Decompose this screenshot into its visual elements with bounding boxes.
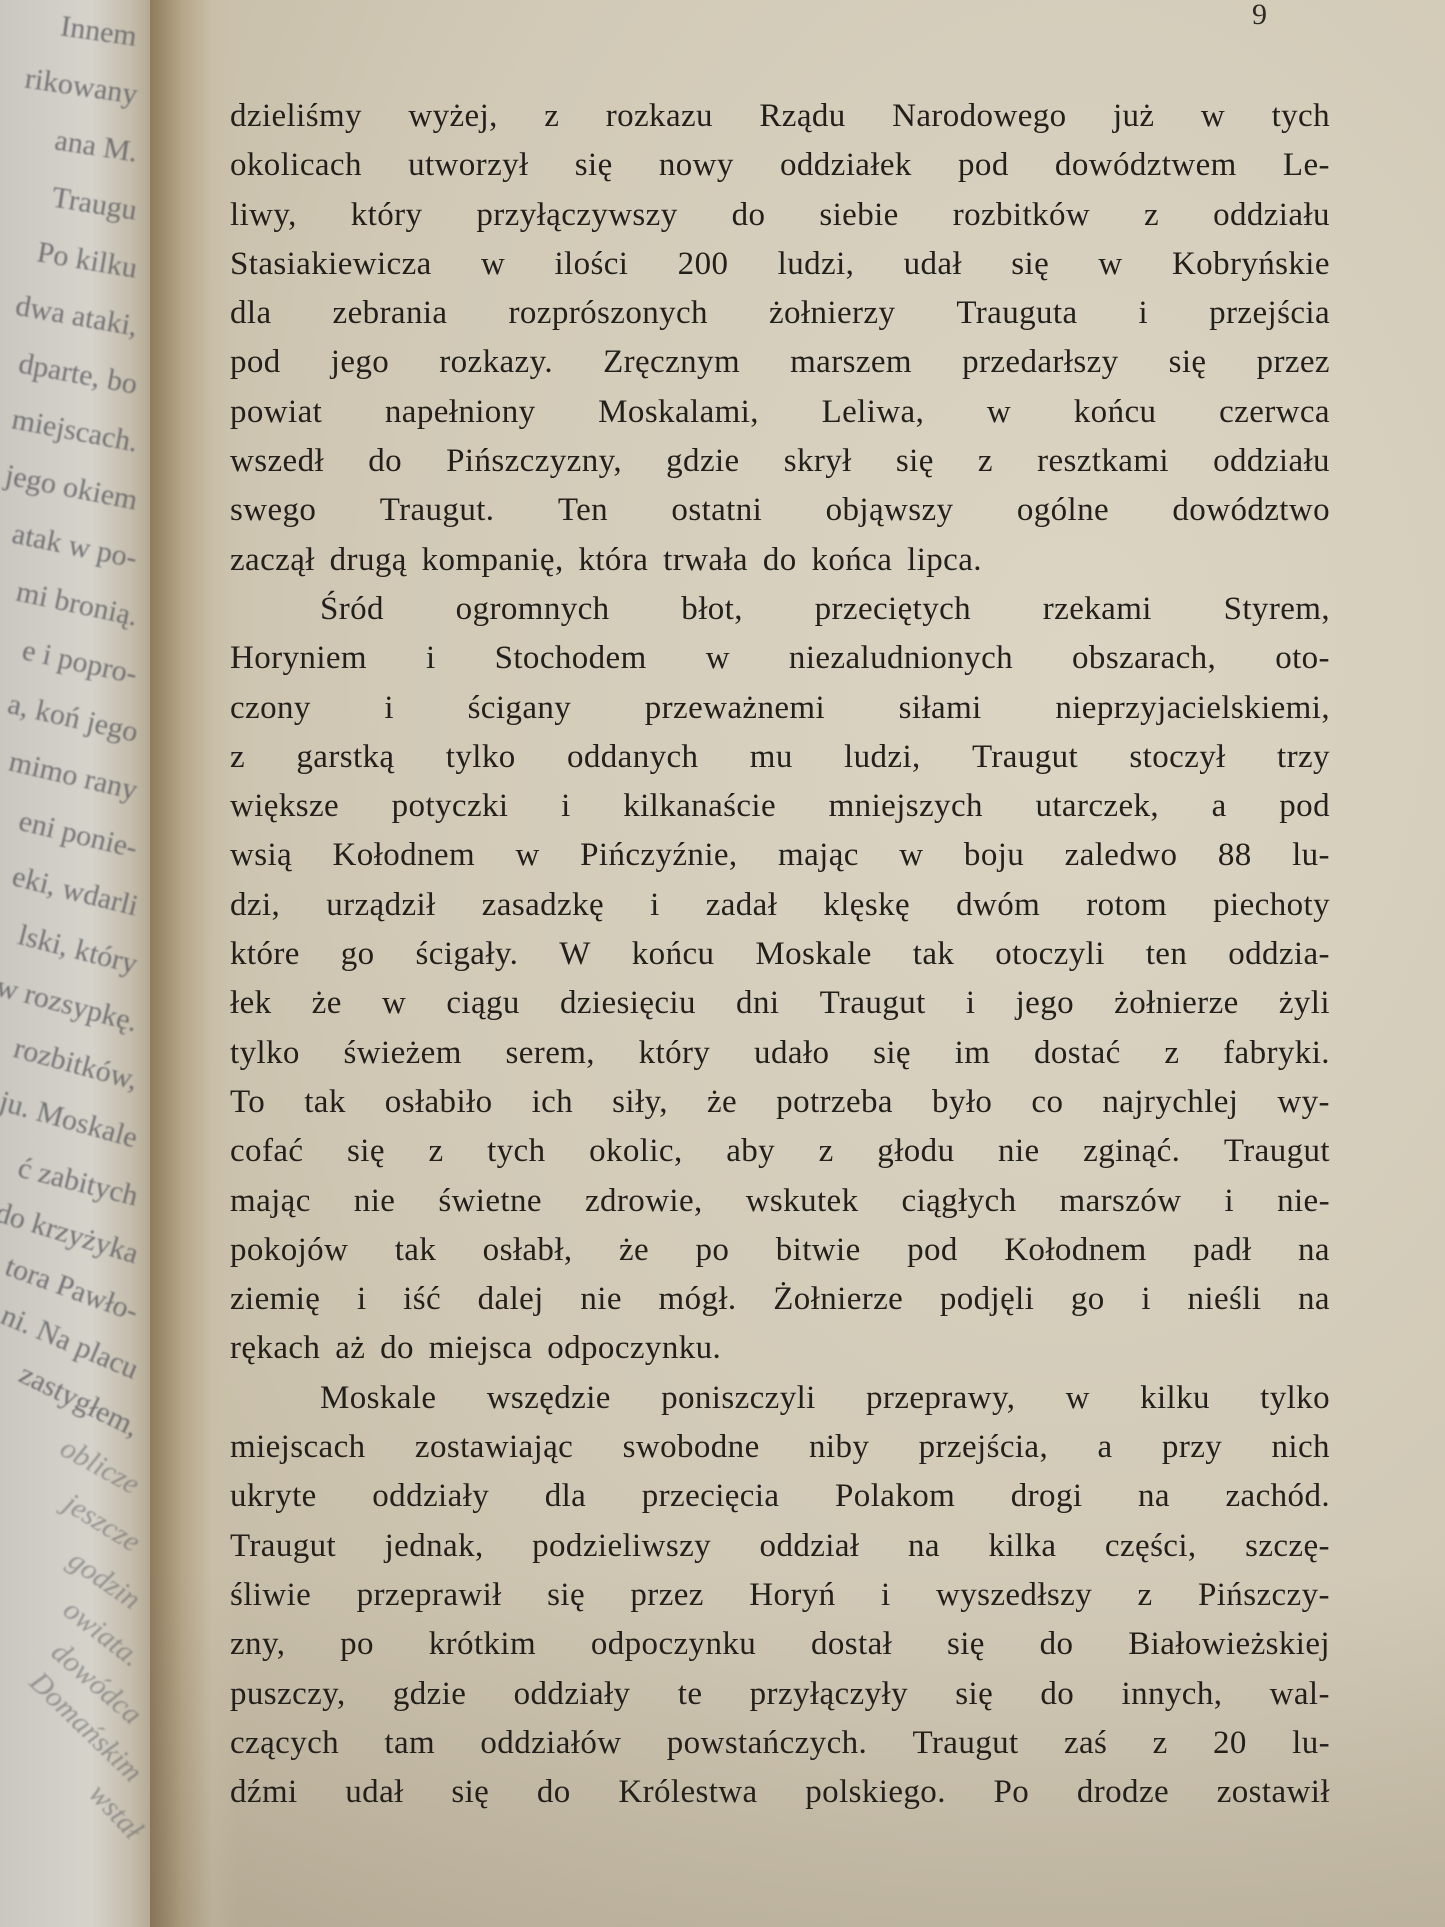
text-line: podjegorozkazy.Zręcznymmarszemprzedarłsz… [230, 338, 1330, 387]
text-line: zny,pokrótkimodpoczynkudostałsiędoBiałow… [230, 1620, 1330, 1669]
facing-page-fragment: ć zabitych [14, 1151, 141, 1214]
page-number: 9 [1252, 0, 1267, 32]
text-line: Moskalewszędzieponiszczyliprzeprawy,wkil… [230, 1374, 1330, 1423]
paragraph: Moskalewszędzieponiszczyliprzeprawy,wkil… [230, 1374, 1330, 1818]
facing-page-fragment: mimo rany [6, 745, 141, 808]
facing-page-fragment: e i popro- [19, 633, 140, 691]
text-line: puszczy,gdzieoddziałyteprzyłączyłysiędoi… [230, 1670, 1330, 1719]
text-line: cofaćsięztychokolic,abyzgłoduniezginąć.T… [230, 1127, 1330, 1176]
text-line: rękachażdomiejscaodpoczynku. [230, 1324, 1330, 1373]
facing-page-fragment: wstał [81, 1777, 149, 1847]
facing-page-fragment: Po kilku [35, 235, 140, 285]
text-line: powiatnapełnionyMoskalami,Leliwa,wkońcuc… [230, 388, 1330, 437]
text-line: Totakosłabiłoichsiły,żepotrzebabyłoconaj… [230, 1078, 1330, 1127]
text-line: swegoTraugut.Tenostatniobjąwszyogólnedow… [230, 486, 1330, 535]
text-line: czonyiściganyprzeważnemisiłaminieprzyjac… [230, 684, 1330, 733]
facing-page-fragment: rikowany [22, 62, 139, 112]
paragraph: dzieliśmywyżej,zrozkazuRząduNarodowegoju… [230, 92, 1330, 585]
text-line: pokojówtakosłabł,żepobitwiepodKołodnempa… [230, 1226, 1330, 1275]
text-line: mającnieświetnezdrowie,wskutekciągłychma… [230, 1177, 1330, 1226]
text-line: Śródogromnychbłot,przeciętychrzekamiStyr… [230, 585, 1330, 634]
facing-page-fragment: rozbitków, [10, 1031, 142, 1097]
text-line: dzieliśmywyżej,zrozkazuRząduNarodowegoju… [230, 92, 1330, 141]
text-line: któregościgały.WkońcuMoskaletakotoczylit… [230, 930, 1330, 979]
text-line: dzi,urządziłzasadzkęizadałklęskędwómroto… [230, 881, 1330, 930]
text-line: okolicachutworzyłsięnowyoddziałekpoddowó… [230, 141, 1330, 190]
text-line: HoryniemiStochodemwniezaludnionychobszar… [230, 634, 1330, 683]
text-line: dlazebraniarozprószonychżołnierzyTraugut… [230, 289, 1330, 338]
facing-page-fragment: oblicze [54, 1431, 145, 1502]
text-line: czącychtamoddziałówpowstańczych.Traugutz… [230, 1719, 1330, 1768]
text-line: dźmiudałsiędoKrólestwapolskiego.Podrodze… [230, 1768, 1330, 1817]
facing-page-fragment: ana M. [52, 123, 140, 169]
facing-page-fragment: ju. Moskale [0, 1085, 142, 1156]
text-line: tylkoświeżemserem,któryudałosięimdostaćz… [230, 1029, 1330, 1078]
text-line: ukryteoddziałydlaprzecięciaPolakomdrogin… [230, 1472, 1330, 1521]
text-line: łekżewciągudziesięciudniTraugutijegożołn… [230, 979, 1330, 1028]
facing-page-fragment: w rozsypkę. [0, 970, 141, 1040]
facing-page-fragment: lski, który [15, 918, 141, 981]
text-line: liwy,któryprzyłączywszydosiebierozbitków… [230, 191, 1330, 240]
book-gutter-shadow [150, 0, 240, 1927]
facing-page-fragment: Innem [59, 9, 140, 53]
facing-page-fragment: jeszcze [57, 1486, 146, 1559]
facing-page-fragment: miejscach. [9, 402, 141, 459]
text-line: zacząłdrugąkompanię,któratrwaładokońcali… [230, 536, 1330, 585]
facing-page-fragment: eni ponie- [16, 804, 141, 865]
text-line: śliwieprzeprawiłsięprzezHoryńiwyszedłszy… [230, 1571, 1330, 1620]
facing-page-left: Innemrikowanyana M.TrauguPo kilkudwa ata… [0, 0, 165, 1927]
facing-page-fragment: eki, wdarli [8, 859, 141, 923]
text-line: zgarstkątylkooddanychmuludzi,Traugutstoc… [230, 733, 1330, 782]
text-line: ziemięiiśćdalejniemógł.Żołnierzepodjęlig… [230, 1275, 1330, 1324]
text-line: Stasiakiewiczawilości200ludzi,udałsięwKo… [230, 240, 1330, 289]
paragraph: Śródogromnychbłot,przeciętychrzekamiStyr… [230, 585, 1330, 1374]
body-text: dzieliśmywyżej,zrozkazuRząduNarodowegoju… [230, 92, 1330, 1817]
facing-page-fragment: dwa ataki, [13, 289, 140, 344]
facing-page-fragment: a, koń jego [4, 687, 141, 750]
facing-page-fragment: jego okiem [2, 458, 140, 517]
text-line: większepotyczkiikilkanaściemniejszychuta… [230, 782, 1330, 831]
text-line: wszedłdoPińszczyzny,gdzieskryłsięzresztk… [230, 437, 1330, 486]
text-line: wsiąKołodnemwPińczyźnie,mającwbojuzaledw… [230, 831, 1330, 880]
facing-page-fragment: dparte, bo [16, 347, 140, 402]
text-line: Traugutjednak,podzieliwszyoddziałnakilka… [230, 1522, 1330, 1571]
facing-page-fragment: Traugu [50, 181, 140, 228]
text-line: miejscachzostawiającswobodnenibyprzejści… [230, 1423, 1330, 1472]
facing-page-fragment: atak w po- [10, 517, 141, 576]
facing-page-fragment: mi bronią. [13, 575, 141, 634]
